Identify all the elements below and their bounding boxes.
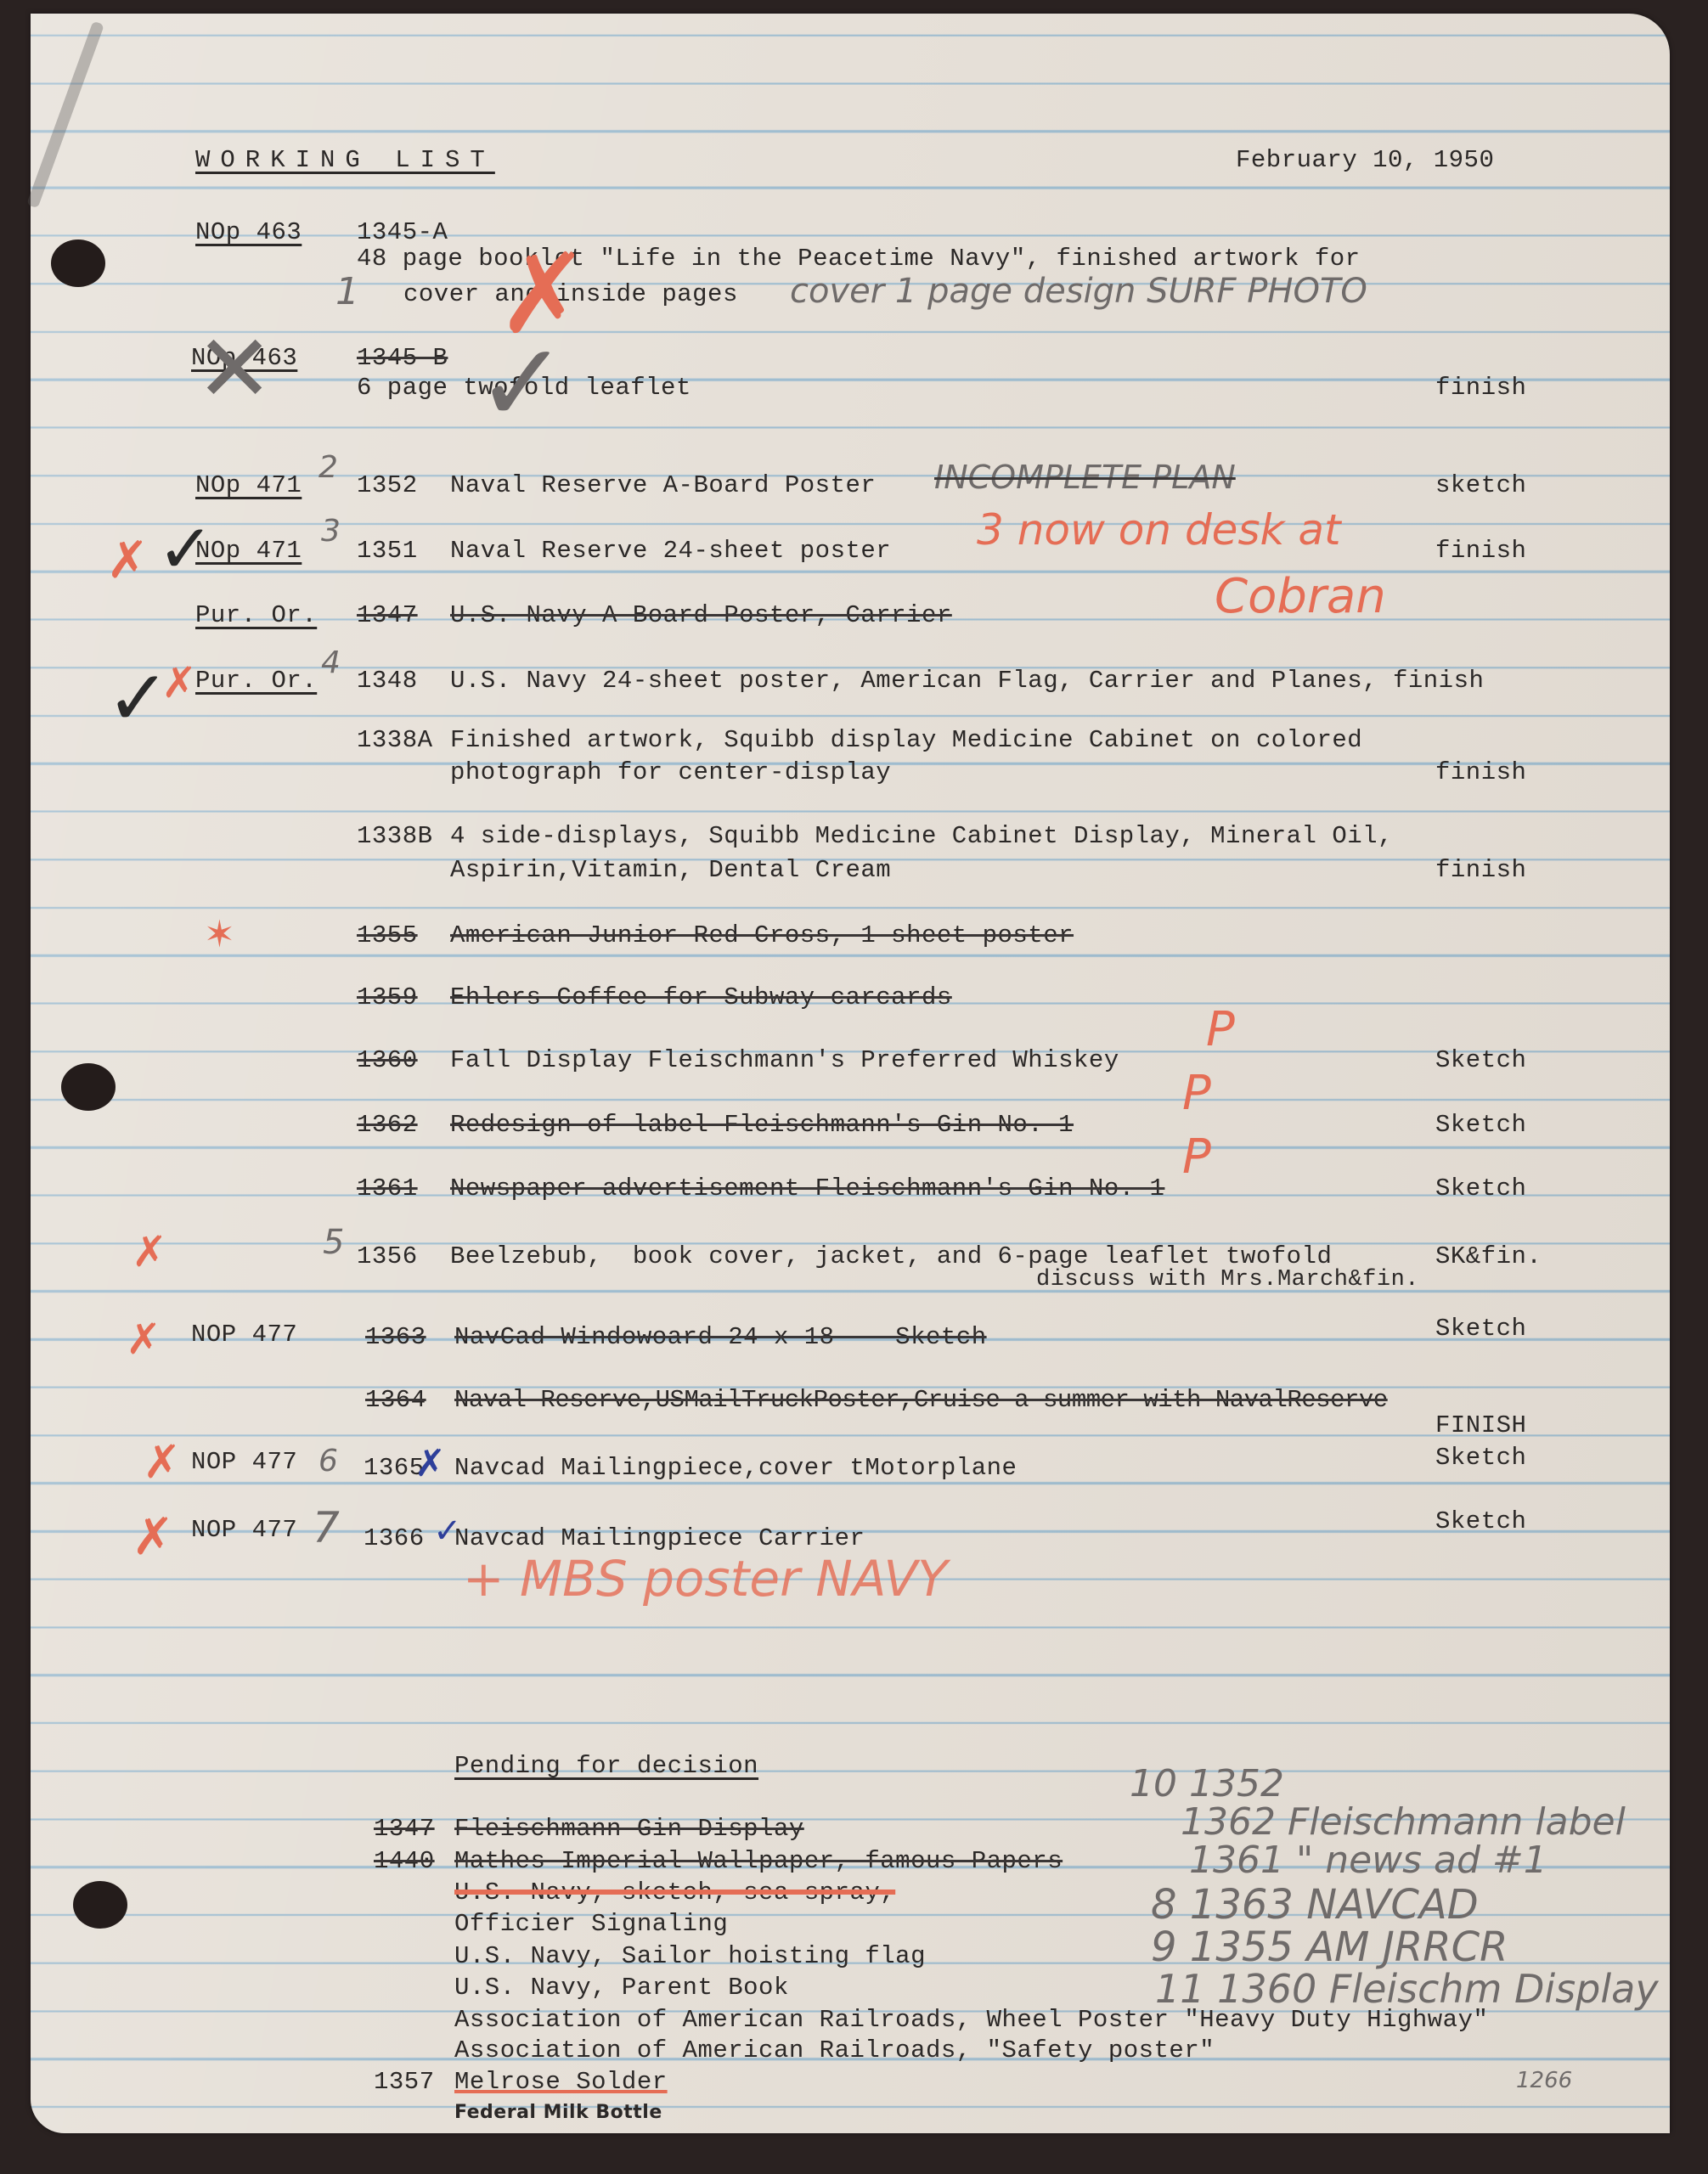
entry-job: 1338B	[357, 822, 433, 850]
entry-job: 1360	[357, 1046, 418, 1074]
check-mark: ✓	[157, 510, 214, 589]
handwritten-note: 1362 Fleischmann label	[1181, 1800, 1626, 1844]
entry-status: Sketch	[1435, 1174, 1526, 1202]
entry-desc: Naval Reserve,USMailTruckPoster,Cruise a…	[454, 1386, 1388, 1414]
entry-status: finish	[1435, 374, 1526, 402]
entry-job: 1348	[357, 667, 418, 695]
entry-job: 1356	[357, 1242, 418, 1270]
margin-number: 1	[335, 270, 359, 313]
entry-job: 1355	[357, 921, 418, 949]
entry-job: 1345-B	[357, 344, 448, 372]
handwritten-note: cover 1 page design SURF PHOTO	[790, 272, 1367, 311]
entry-status: Sketch	[1435, 1046, 1526, 1074]
entry-job: 1352	[357, 471, 418, 499]
entry-desc-cont: photograph for center-display	[450, 758, 891, 786]
pending-item: Officier Signaling	[454, 1910, 728, 1938]
entry-job: 1364	[365, 1386, 426, 1414]
entry-job: 1351	[357, 537, 418, 565]
entry-desc: Naval Reserve 24-sheet poster	[450, 537, 891, 565]
entry-desc: 4 side-displays, Squibb Medicine Cabinet…	[450, 822, 1393, 850]
pending-job: 1357	[374, 2068, 435, 2096]
page-title: WORKING LIST	[195, 146, 495, 174]
pending-job: 1347	[374, 1815, 435, 1843]
pending-job: 1440	[374, 1847, 435, 1875]
entry-ref: Pur. Or.	[195, 667, 317, 695]
punch-hole-bottom	[73, 1881, 127, 1929]
entry-job: 1345-A	[357, 218, 448, 246]
page-note: 1266	[1516, 2068, 1572, 2093]
red-p-mark: P	[1182, 1129, 1211, 1185]
entry-ref: NOp 463	[195, 218, 302, 246]
entry-job: 1362	[357, 1111, 418, 1139]
entry-ref: NOP 477	[191, 1516, 297, 1544]
entry-desc-cont: discuss with Mrs.March&fin.	[1036, 1267, 1419, 1293]
pending-item: Fleischmann Gin Display	[454, 1815, 804, 1843]
red-x-mark: ✗	[143, 1435, 181, 1489]
margin-number: 6	[318, 1444, 338, 1478]
red-x-mark: ✗	[126, 1315, 161, 1364]
red-p-mark: P	[1182, 1066, 1211, 1121]
margin-number: 5	[323, 1223, 344, 1262]
pending-item: Melrose Solder	[454, 2068, 668, 2096]
entry-desc: Navcad Mailingpiece Carrier	[454, 1524, 865, 1552]
entry-ref: NOp 471	[195, 471, 302, 499]
margin-number: 4	[321, 645, 341, 680]
entry-status: sketch	[1435, 471, 1526, 499]
entry-job: 1363	[365, 1323, 426, 1351]
punch-hole-middle	[61, 1063, 116, 1111]
handwritten-note: 8 1363 NAVCAD	[1151, 1881, 1479, 1929]
pending-item: Association of American Railroads, "Safe…	[454, 2036, 1215, 2064]
entry-ref: Pur. Or.	[195, 601, 317, 629]
pending-heading: Pending for decision	[454, 1752, 758, 1780]
red-p-mark: P	[1206, 1002, 1235, 1057]
red-x-mark: ✗	[132, 1507, 174, 1567]
entry-desc: Naval Reserve A-Board Poster	[450, 471, 876, 499]
entry-desc: Fall Display Fleischmann's Preferred Whi…	[450, 1046, 1119, 1074]
entry-desc: Newspaper advertisement Fleischmann's Gi…	[450, 1174, 1164, 1202]
entry-desc: American Junior Red Cross, 1-sheet poste…	[450, 921, 1074, 949]
entry-desc: Ehlers Coffee for Subway carcards	[450, 983, 952, 1011]
entry-status: Sketch	[1435, 1111, 1526, 1139]
entry-status: finish	[1435, 537, 1526, 565]
entry-job: 1347	[357, 601, 418, 629]
entry-desc: Finished artwork, Squibb display Medicin…	[450, 726, 1362, 754]
margin-number: 3	[321, 514, 341, 549]
pending-item: U.S. Navy, sketch, sea-spray,	[454, 1878, 895, 1906]
entry-status: FINISH	[1435, 1411, 1526, 1439]
blue-check-mark: ✓	[433, 1512, 462, 1551]
entry-ref: NOP 477	[191, 1448, 297, 1476]
entry-desc: Redesign of label Fleischmann's Gin No. …	[450, 1111, 1074, 1139]
red-handwritten-note: 3 now on desk at	[977, 505, 1341, 555]
pending-item: Federal Milk Bottle	[454, 2102, 662, 2123]
entry-desc: U.S. Navy A-Board Poster, Carrier	[450, 601, 952, 629]
handwritten-note: 9 1355 AM JRRCR	[1151, 1923, 1508, 1971]
check-mark: ✓	[106, 654, 170, 743]
entry-job: 1338A	[357, 726, 433, 754]
handwritten-note: INCOMPLETE PLAN	[934, 459, 1236, 496]
margin-number: 7	[313, 1503, 340, 1552]
pencil-check-mark: ✓	[476, 318, 568, 448]
entry-desc-cont: Aspirin,Vitamin, Dental Cream	[450, 856, 891, 884]
punch-hole-top	[51, 239, 105, 287]
red-handwritten-note: + MBS poster NAVY	[463, 1550, 948, 1608]
red-x-mark: ✗	[132, 1227, 167, 1276]
entry-ref: NOP 477	[191, 1321, 297, 1349]
red-x-mark: ✗	[106, 531, 149, 590]
pending-item: U.S. Navy, Sailor hoisting flag	[454, 1942, 926, 1970]
handwritten-note: 10 1352	[1130, 1762, 1284, 1805]
entry-desc: Navcad Mailingpiece,cover tMotorplane	[454, 1454, 1017, 1482]
entry-status: Sketch	[1435, 1507, 1526, 1535]
entry-status: Sketch	[1435, 1315, 1526, 1343]
pencil-x-mark: ✕	[195, 314, 273, 423]
entry-status: Sketch	[1435, 1444, 1526, 1472]
blue-x-mark: ✗	[414, 1442, 446, 1485]
red-x-mark: ✶	[204, 913, 235, 956]
pending-item: U.S. Navy, Parent Book	[454, 1974, 789, 2002]
red-handwritten-note-2: Cobran	[1215, 569, 1386, 624]
entry-status: finish	[1435, 856, 1526, 884]
pending-item: Mathes Imperial Wallpaper, famous Papers	[454, 1847, 1063, 1875]
entry-job: 1359	[357, 983, 418, 1011]
handwritten-note: 1361 " news ad #1	[1189, 1839, 1547, 1882]
entry-job: 1366	[364, 1524, 425, 1552]
margin-number: 2	[318, 450, 338, 485]
entry-status: finish	[1435, 758, 1526, 786]
document-date: February 10, 1950	[1236, 146, 1494, 174]
entry-job: 1361	[357, 1174, 418, 1202]
entry-desc: NavCad Windowoard 24 x 18 Sketch	[454, 1323, 987, 1351]
entry-status: SK&fin.	[1435, 1242, 1542, 1270]
entry-desc: U.S. Navy 24-sheet poster, American Flag…	[450, 667, 1484, 695]
handwritten-note: 11 1360 Fleischm Display	[1155, 1966, 1659, 2012]
